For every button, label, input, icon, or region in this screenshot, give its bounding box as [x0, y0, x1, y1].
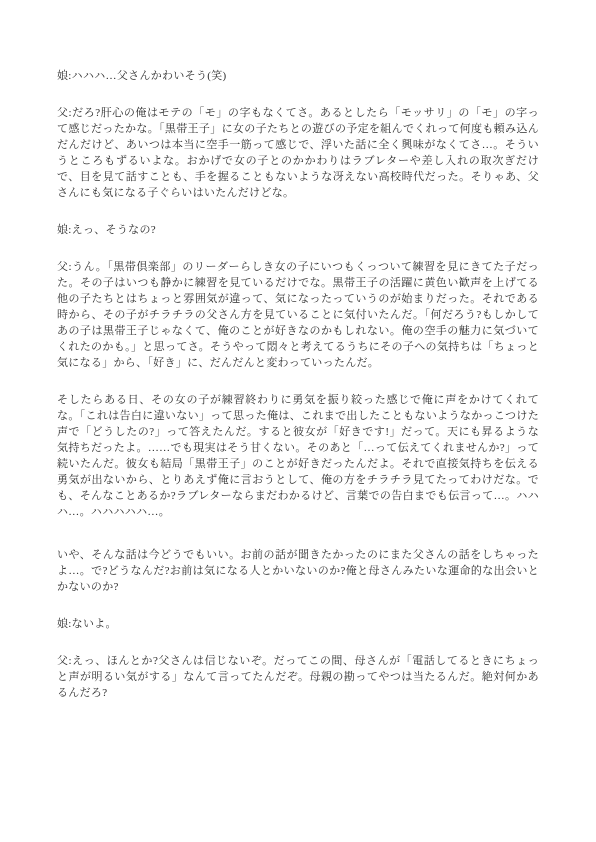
dialogue-paragraph-daughter-2: 娘:えっ、そうなの? — [57, 222, 539, 238]
dialogue-paragraph-daughter-1: 娘:ハハハ…父さんかわいそう(笑) — [57, 68, 539, 84]
dialogue-paragraph-father-4: いや、そんな話は今どうでもいい。お前の話が聞きたかったのにまた父さんの話をしちゃ… — [57, 547, 539, 595]
dialogue-paragraph-father-2: 父:うん。「黒帯倶楽部」のリーダーらしき女の子にいつもくっついて練習を見にきてた… — [57, 259, 539, 371]
dialogue-paragraph-father-1: 父:だろ?肝心の俺はモテの「モ」の字もなくてさ。あるとしたら「モッサリ」の「モ」… — [57, 105, 539, 201]
dialogue-paragraph-father-3: そしたらある日、その女の子が練習終わりに勇気を振り絞った感じで俺に声をかけてくれ… — [57, 392, 539, 520]
document-page: 娘:ハハハ…父さんかわいそう(笑) 父:だろ?肝心の俺はモテの「モ」の字もなくて… — [0, 0, 596, 842]
dialogue-paragraph-father-5: 父:えっ、ほんとか?父さんは信じないぞ。だってこの間、母さんが「電話してるときに… — [57, 653, 539, 701]
dialogue-transcript: 娘:ハハハ…父さんかわいそう(笑) 父:だろ?肝心の俺はモテの「モ」の字もなくて… — [57, 68, 539, 701]
dialogue-paragraph-daughter-3: 娘:ないよ。 — [57, 616, 539, 632]
